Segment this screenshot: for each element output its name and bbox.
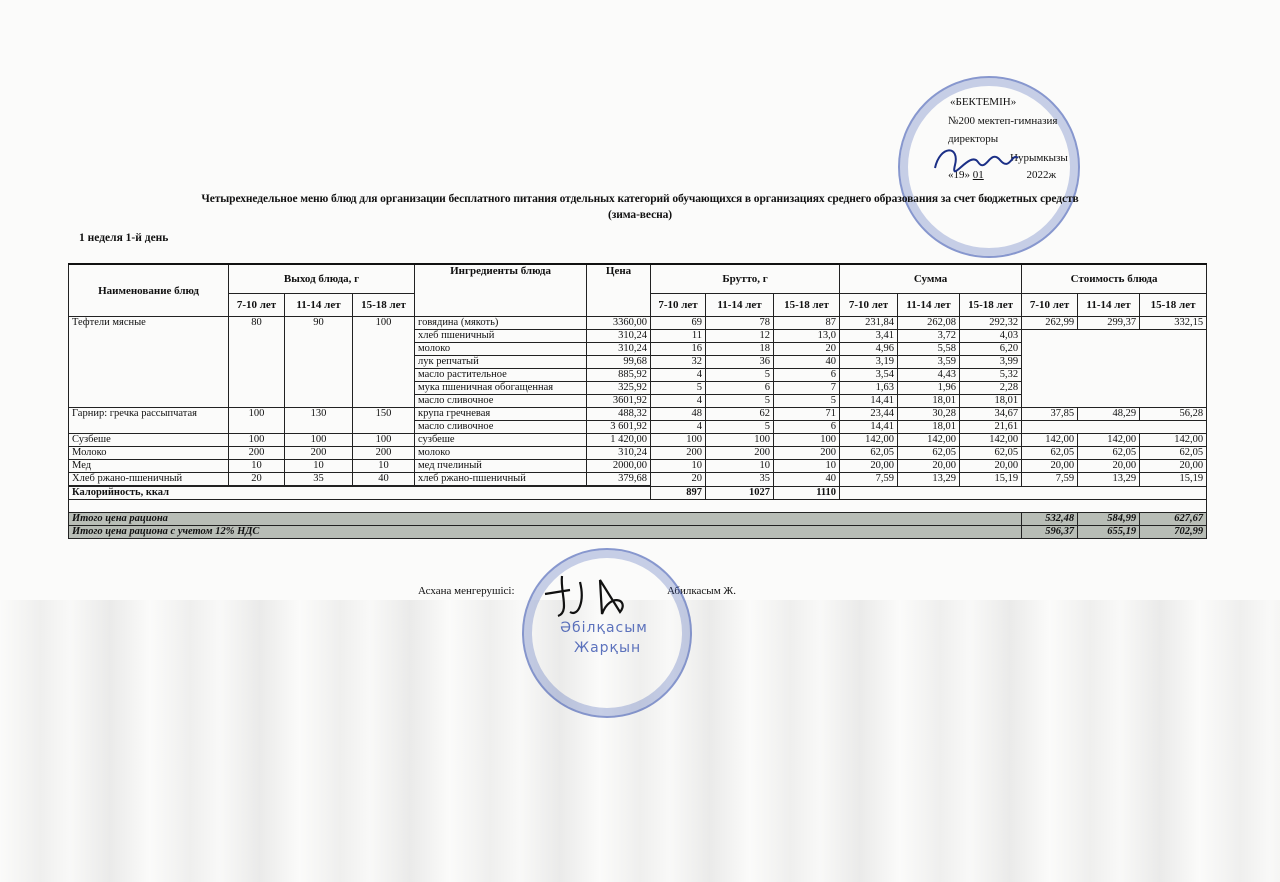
table-row: Хлеб ржано-пшеничный203540хлеб ржано-пше… bbox=[69, 473, 1207, 487]
ingredient-sum: 4,96 bbox=[840, 343, 898, 356]
ingredient-name: мука пшеничная обогащенная bbox=[415, 382, 587, 395]
empty-cell bbox=[1140, 382, 1207, 395]
ingredient-gross: 48 bbox=[651, 408, 706, 421]
empty-cell bbox=[1140, 356, 1207, 369]
ingredient-sum: 262,08 bbox=[898, 317, 960, 330]
ingredient-price: 310,24 bbox=[587, 447, 651, 460]
ingredient-sum: 30,28 bbox=[898, 408, 960, 421]
ingredient-gross: 4 bbox=[651, 369, 706, 382]
dish-cost: 262,99 bbox=[1022, 317, 1078, 330]
ingredient-gross: 69 bbox=[651, 317, 706, 330]
dish-cost: 15,19 bbox=[1140, 473, 1207, 487]
dish-cost: 142,00 bbox=[1078, 434, 1140, 447]
approval-org: «БЕКТЕМІН» bbox=[950, 96, 1016, 108]
dish-yield: 90 bbox=[285, 317, 353, 408]
ingredient-gross: 6 bbox=[774, 421, 840, 434]
dish-cost: 142,00 bbox=[1022, 434, 1078, 447]
header-yield-age: 11-14 лет bbox=[285, 294, 353, 317]
stamp-name-line2: Жарқын bbox=[574, 640, 641, 656]
ingredient-gross: 16 bbox=[651, 343, 706, 356]
ingredient-sum: 3,41 bbox=[840, 330, 898, 343]
ingredient-name: хлеб пшеничный bbox=[415, 330, 587, 343]
ingredient-price: 379,68 bbox=[587, 473, 651, 487]
dish-yield: 200 bbox=[353, 447, 415, 460]
ingredient-gross: 100 bbox=[774, 434, 840, 447]
ingredient-gross: 87 bbox=[774, 317, 840, 330]
empty-cell bbox=[1022, 330, 1078, 343]
header-sum-age: 15-18 лет bbox=[960, 294, 1022, 317]
ingredient-sum: 20,00 bbox=[960, 460, 1022, 473]
empty-cell bbox=[1140, 369, 1207, 382]
ingredient-sum: 5,32 bbox=[960, 369, 1022, 382]
calories-value: 1027 bbox=[706, 486, 774, 500]
total-value: 596,37 bbox=[1022, 526, 1078, 539]
table-row: Гарнир: гречка рассыпчатая100130150крупа… bbox=[69, 408, 1207, 421]
ingredient-sum: 6,20 bbox=[960, 343, 1022, 356]
empty-cell bbox=[1078, 343, 1140, 356]
dish-cost: 332,15 bbox=[1140, 317, 1207, 330]
dish-name: Гарнир: гречка рассыпчатая bbox=[69, 408, 229, 434]
dish-cost: 142,00 bbox=[1140, 434, 1207, 447]
ingredient-price: 2000,00 bbox=[587, 460, 651, 473]
ingredient-name: лук репчатый bbox=[415, 356, 587, 369]
ingredient-price: 885,92 bbox=[587, 369, 651, 382]
ingredient-sum: 142,00 bbox=[840, 434, 898, 447]
ingredient-sum: 7,59 bbox=[840, 473, 898, 487]
ingredient-gross: 13,0 bbox=[774, 330, 840, 343]
ingredient-sum: 62,05 bbox=[960, 447, 1022, 460]
stamp-name-line1: Әбілқасым bbox=[560, 620, 648, 636]
header-cost-age: 11-14 лет bbox=[1078, 294, 1140, 317]
ingredient-gross: 4 bbox=[651, 421, 706, 434]
empty-cell bbox=[1078, 382, 1140, 395]
approval-school: №200 мектеп-гимназия bbox=[948, 115, 1057, 127]
table-row: Тефтели мясные8090100говядина (мякоть)33… bbox=[69, 317, 1207, 330]
ingredient-price: 488,32 bbox=[587, 408, 651, 421]
total-label: Итого цена рациона с учетом 12% НДС bbox=[69, 526, 1022, 539]
dish-cost: 48,29 bbox=[1078, 408, 1140, 421]
ingredient-sum: 15,19 bbox=[960, 473, 1022, 487]
dish-yield: 100 bbox=[353, 317, 415, 408]
total-value: 655,19 bbox=[1078, 526, 1140, 539]
header-gross-age: 7-10 лет bbox=[651, 294, 706, 317]
header-ingredients: Ингредиенты блюда bbox=[415, 264, 587, 317]
ingredient-gross: 18 bbox=[706, 343, 774, 356]
dish-name: Сузбеше bbox=[69, 434, 229, 447]
ingredient-sum: 292,32 bbox=[960, 317, 1022, 330]
dish-cost: 20,00 bbox=[1078, 460, 1140, 473]
calories-label: Калорийность, ккал bbox=[69, 486, 651, 500]
header-dish: Наименование блюд bbox=[69, 264, 229, 317]
empty-cell bbox=[1140, 421, 1207, 434]
ingredient-gross: 6 bbox=[774, 369, 840, 382]
header-cost: Стоимость блюда bbox=[1022, 264, 1207, 294]
dish-yield: 80 bbox=[229, 317, 285, 408]
table-row: Сузбеше100100100сузбеше1 420,00100100100… bbox=[69, 434, 1207, 447]
dish-cost: 20,00 bbox=[1022, 460, 1078, 473]
ingredient-price: 3 601,92 bbox=[587, 421, 651, 434]
empty-cell bbox=[1140, 343, 1207, 356]
ingredient-sum: 142,00 bbox=[960, 434, 1022, 447]
ingredient-gross: 20 bbox=[774, 343, 840, 356]
manager-signature bbox=[540, 572, 640, 622]
ingredient-price: 310,24 bbox=[587, 330, 651, 343]
ingredient-gross: 62 bbox=[706, 408, 774, 421]
ingredient-sum: 3,59 bbox=[898, 356, 960, 369]
ingredient-gross: 10 bbox=[651, 460, 706, 473]
header-gross-age: 11-14 лет bbox=[706, 294, 774, 317]
ingredient-sum: 34,67 bbox=[960, 408, 1022, 421]
ingredient-sum: 2,28 bbox=[960, 382, 1022, 395]
ingredient-sum: 142,00 bbox=[898, 434, 960, 447]
empty-cell bbox=[1022, 343, 1078, 356]
ingredient-gross: 35 bbox=[706, 473, 774, 487]
ingredient-gross: 32 bbox=[651, 356, 706, 369]
ingredient-gross: 10 bbox=[706, 460, 774, 473]
ingredient-gross: 5 bbox=[706, 395, 774, 408]
total-value: 584,99 bbox=[1078, 513, 1140, 526]
ingredient-gross: 100 bbox=[651, 434, 706, 447]
empty-cell bbox=[1022, 382, 1078, 395]
header-yield: Выход блюда, г bbox=[229, 264, 415, 294]
footer-role: Асхана менгерушісі: bbox=[418, 585, 515, 597]
ingredient-price: 1 420,00 bbox=[587, 434, 651, 447]
ingredient-sum: 23,44 bbox=[840, 408, 898, 421]
dish-name: Мед bbox=[69, 460, 229, 473]
empty-cell bbox=[1022, 421, 1078, 434]
ingredient-gross: 100 bbox=[706, 434, 774, 447]
ingredient-sum: 3,19 bbox=[840, 356, 898, 369]
ingredient-sum: 4,43 bbox=[898, 369, 960, 382]
ingredient-sum: 14,41 bbox=[840, 395, 898, 408]
ingredient-sum: 5,58 bbox=[898, 343, 960, 356]
ingredient-sum: 3,99 bbox=[960, 356, 1022, 369]
empty-cell bbox=[1140, 330, 1207, 343]
total-value: 702,99 bbox=[1140, 526, 1207, 539]
dish-name: Хлеб ржано-пшеничный bbox=[69, 473, 229, 487]
ingredient-gross: 78 bbox=[706, 317, 774, 330]
ingredient-gross: 20 bbox=[651, 473, 706, 487]
ingredient-price: 3360,00 bbox=[587, 317, 651, 330]
total-label: Итого цена рациона bbox=[69, 513, 1022, 526]
dish-cost: 7,59 bbox=[1022, 473, 1078, 487]
document-title: Четырехнедельное меню блюд для организац… bbox=[0, 193, 1280, 221]
dish-cost: 62,05 bbox=[1078, 447, 1140, 460]
empty-cell bbox=[840, 486, 1207, 500]
ingredient-sum: 18,01 bbox=[960, 395, 1022, 408]
ingredient-sum: 14,41 bbox=[840, 421, 898, 434]
dish-cost: 299,37 bbox=[1078, 317, 1140, 330]
total-row: Итого цена рациона532,48584,99627,67 bbox=[69, 513, 1207, 526]
empty-cell bbox=[1022, 395, 1078, 408]
ingredient-sum: 231,84 bbox=[840, 317, 898, 330]
dish-yield: 10 bbox=[285, 460, 353, 473]
ingredient-sum: 1,63 bbox=[840, 382, 898, 395]
empty-cell bbox=[1022, 369, 1078, 382]
ingredient-gross: 200 bbox=[774, 447, 840, 460]
ingredient-sum: 20,00 bbox=[840, 460, 898, 473]
dish-yield: 100 bbox=[353, 434, 415, 447]
total-value: 627,67 bbox=[1140, 513, 1207, 526]
ingredient-gross: 5 bbox=[706, 421, 774, 434]
header-gross-age: 15-18 лет bbox=[774, 294, 840, 317]
ingredient-sum: 18,01 bbox=[898, 395, 960, 408]
header-sum-age: 11-14 лет bbox=[898, 294, 960, 317]
dish-yield: 20 bbox=[229, 473, 285, 487]
calories-row: Калорийность, ккал89710271110 bbox=[69, 486, 1207, 500]
header-yield-age: 7-10 лет bbox=[229, 294, 285, 317]
dish-yield: 100 bbox=[285, 434, 353, 447]
ingredient-sum: 4,03 bbox=[960, 330, 1022, 343]
dish-cost: 13,29 bbox=[1078, 473, 1140, 487]
dish-name: Тефтели мясные bbox=[69, 317, 229, 408]
ingredient-name: масло растительное bbox=[415, 369, 587, 382]
ingredient-price: 325,92 bbox=[587, 382, 651, 395]
ingredient-name: сузбеше bbox=[415, 434, 587, 447]
ingredient-price: 310,24 bbox=[587, 343, 651, 356]
dish-yield: 40 bbox=[353, 473, 415, 487]
ingredient-name: мед пчелиный bbox=[415, 460, 587, 473]
dish-yield: 200 bbox=[285, 447, 353, 460]
dish-cost: 56,28 bbox=[1140, 408, 1207, 421]
header-sum-age: 7-10 лет bbox=[840, 294, 898, 317]
empty-cell bbox=[1140, 395, 1207, 408]
ingredient-gross: 5 bbox=[706, 369, 774, 382]
empty-cell bbox=[1078, 369, 1140, 382]
empty-cell bbox=[1078, 330, 1140, 343]
ingredient-name: масло сливочное bbox=[415, 421, 587, 434]
header-cost-age: 15-18 лет bbox=[1140, 294, 1207, 317]
ingredient-gross: 5 bbox=[774, 395, 840, 408]
dish-name: Молоко bbox=[69, 447, 229, 460]
ingredient-gross: 40 bbox=[774, 473, 840, 487]
spacer bbox=[69, 500, 1207, 513]
ingredient-price: 3601,92 bbox=[587, 395, 651, 408]
ingredient-gross: 40 bbox=[774, 356, 840, 369]
table-row: Молоко200200200молоко310,2420020020062,0… bbox=[69, 447, 1207, 460]
ingredient-name: молоко bbox=[415, 447, 587, 460]
ingredient-gross: 11 bbox=[651, 330, 706, 343]
header-gross: Брутто, г bbox=[651, 264, 840, 294]
dish-yield: 200 bbox=[229, 447, 285, 460]
ingredient-name: говядина (мякоть) bbox=[415, 317, 587, 330]
header-sum: Сумма bbox=[840, 264, 1022, 294]
ingredient-sum: 20,00 bbox=[898, 460, 960, 473]
table-row: Мед101010мед пчелиный2000,0010101020,002… bbox=[69, 460, 1207, 473]
ingredient-name: хлеб ржано-пшеничный bbox=[415, 473, 587, 487]
week-day-label: 1 неделя 1-й день bbox=[79, 232, 168, 244]
dish-yield: 100 bbox=[229, 434, 285, 447]
calories-value: 897 bbox=[651, 486, 706, 500]
ingredient-sum: 62,05 bbox=[898, 447, 960, 460]
ingredient-gross: 200 bbox=[651, 447, 706, 460]
header-cost-age: 7-10 лет bbox=[1022, 294, 1078, 317]
menu-table: Наименование блюд Выход блюда, г Ингреди… bbox=[68, 263, 1207, 539]
dish-yield: 150 bbox=[353, 408, 415, 434]
header-price: Цена bbox=[587, 264, 651, 317]
ingredient-gross: 6 bbox=[706, 382, 774, 395]
ingredient-gross: 4 bbox=[651, 395, 706, 408]
header-yield-age: 15-18 лет bbox=[353, 294, 415, 317]
ingredient-price: 99,68 bbox=[587, 356, 651, 369]
ingredient-sum: 1,96 bbox=[898, 382, 960, 395]
ingredient-sum: 21,61 bbox=[960, 421, 1022, 434]
dish-yield: 35 bbox=[285, 473, 353, 487]
dish-yield: 130 bbox=[285, 408, 353, 434]
ingredient-gross: 36 bbox=[706, 356, 774, 369]
dish-cost: 20,00 bbox=[1140, 460, 1207, 473]
empty-cell bbox=[1078, 395, 1140, 408]
ingredient-name: молоко bbox=[415, 343, 587, 356]
ingredient-sum: 62,05 bbox=[840, 447, 898, 460]
dish-cost: 62,05 bbox=[1140, 447, 1207, 460]
ingredient-name: масло сливочное bbox=[415, 395, 587, 408]
dish-cost: 37,85 bbox=[1022, 408, 1078, 421]
ingredient-gross: 5 bbox=[651, 382, 706, 395]
calories-value: 1110 bbox=[774, 486, 840, 500]
empty-cell bbox=[1078, 421, 1140, 434]
dish-cost: 62,05 bbox=[1022, 447, 1078, 460]
ingredient-sum: 13,29 bbox=[898, 473, 960, 487]
ingredient-sum: 18,01 bbox=[898, 421, 960, 434]
ingredient-name: крупа гречневая bbox=[415, 408, 587, 421]
total-value: 532,48 bbox=[1022, 513, 1078, 526]
ingredient-sum: 3,72 bbox=[898, 330, 960, 343]
ingredient-gross: 12 bbox=[706, 330, 774, 343]
director-signature bbox=[930, 140, 1020, 176]
dish-yield: 100 bbox=[229, 408, 285, 434]
ingredient-gross: 7 bbox=[774, 382, 840, 395]
empty-cell bbox=[1078, 356, 1140, 369]
empty-cell bbox=[1022, 356, 1078, 369]
ingredient-gross: 71 bbox=[774, 408, 840, 421]
ingredient-gross: 10 bbox=[774, 460, 840, 473]
dish-yield: 10 bbox=[229, 460, 285, 473]
dish-yield: 10 bbox=[353, 460, 415, 473]
ingredient-sum: 3,54 bbox=[840, 369, 898, 382]
ingredient-gross: 200 bbox=[706, 447, 774, 460]
total-row: Итого цена рациона с учетом 12% НДС596,3… bbox=[69, 526, 1207, 539]
